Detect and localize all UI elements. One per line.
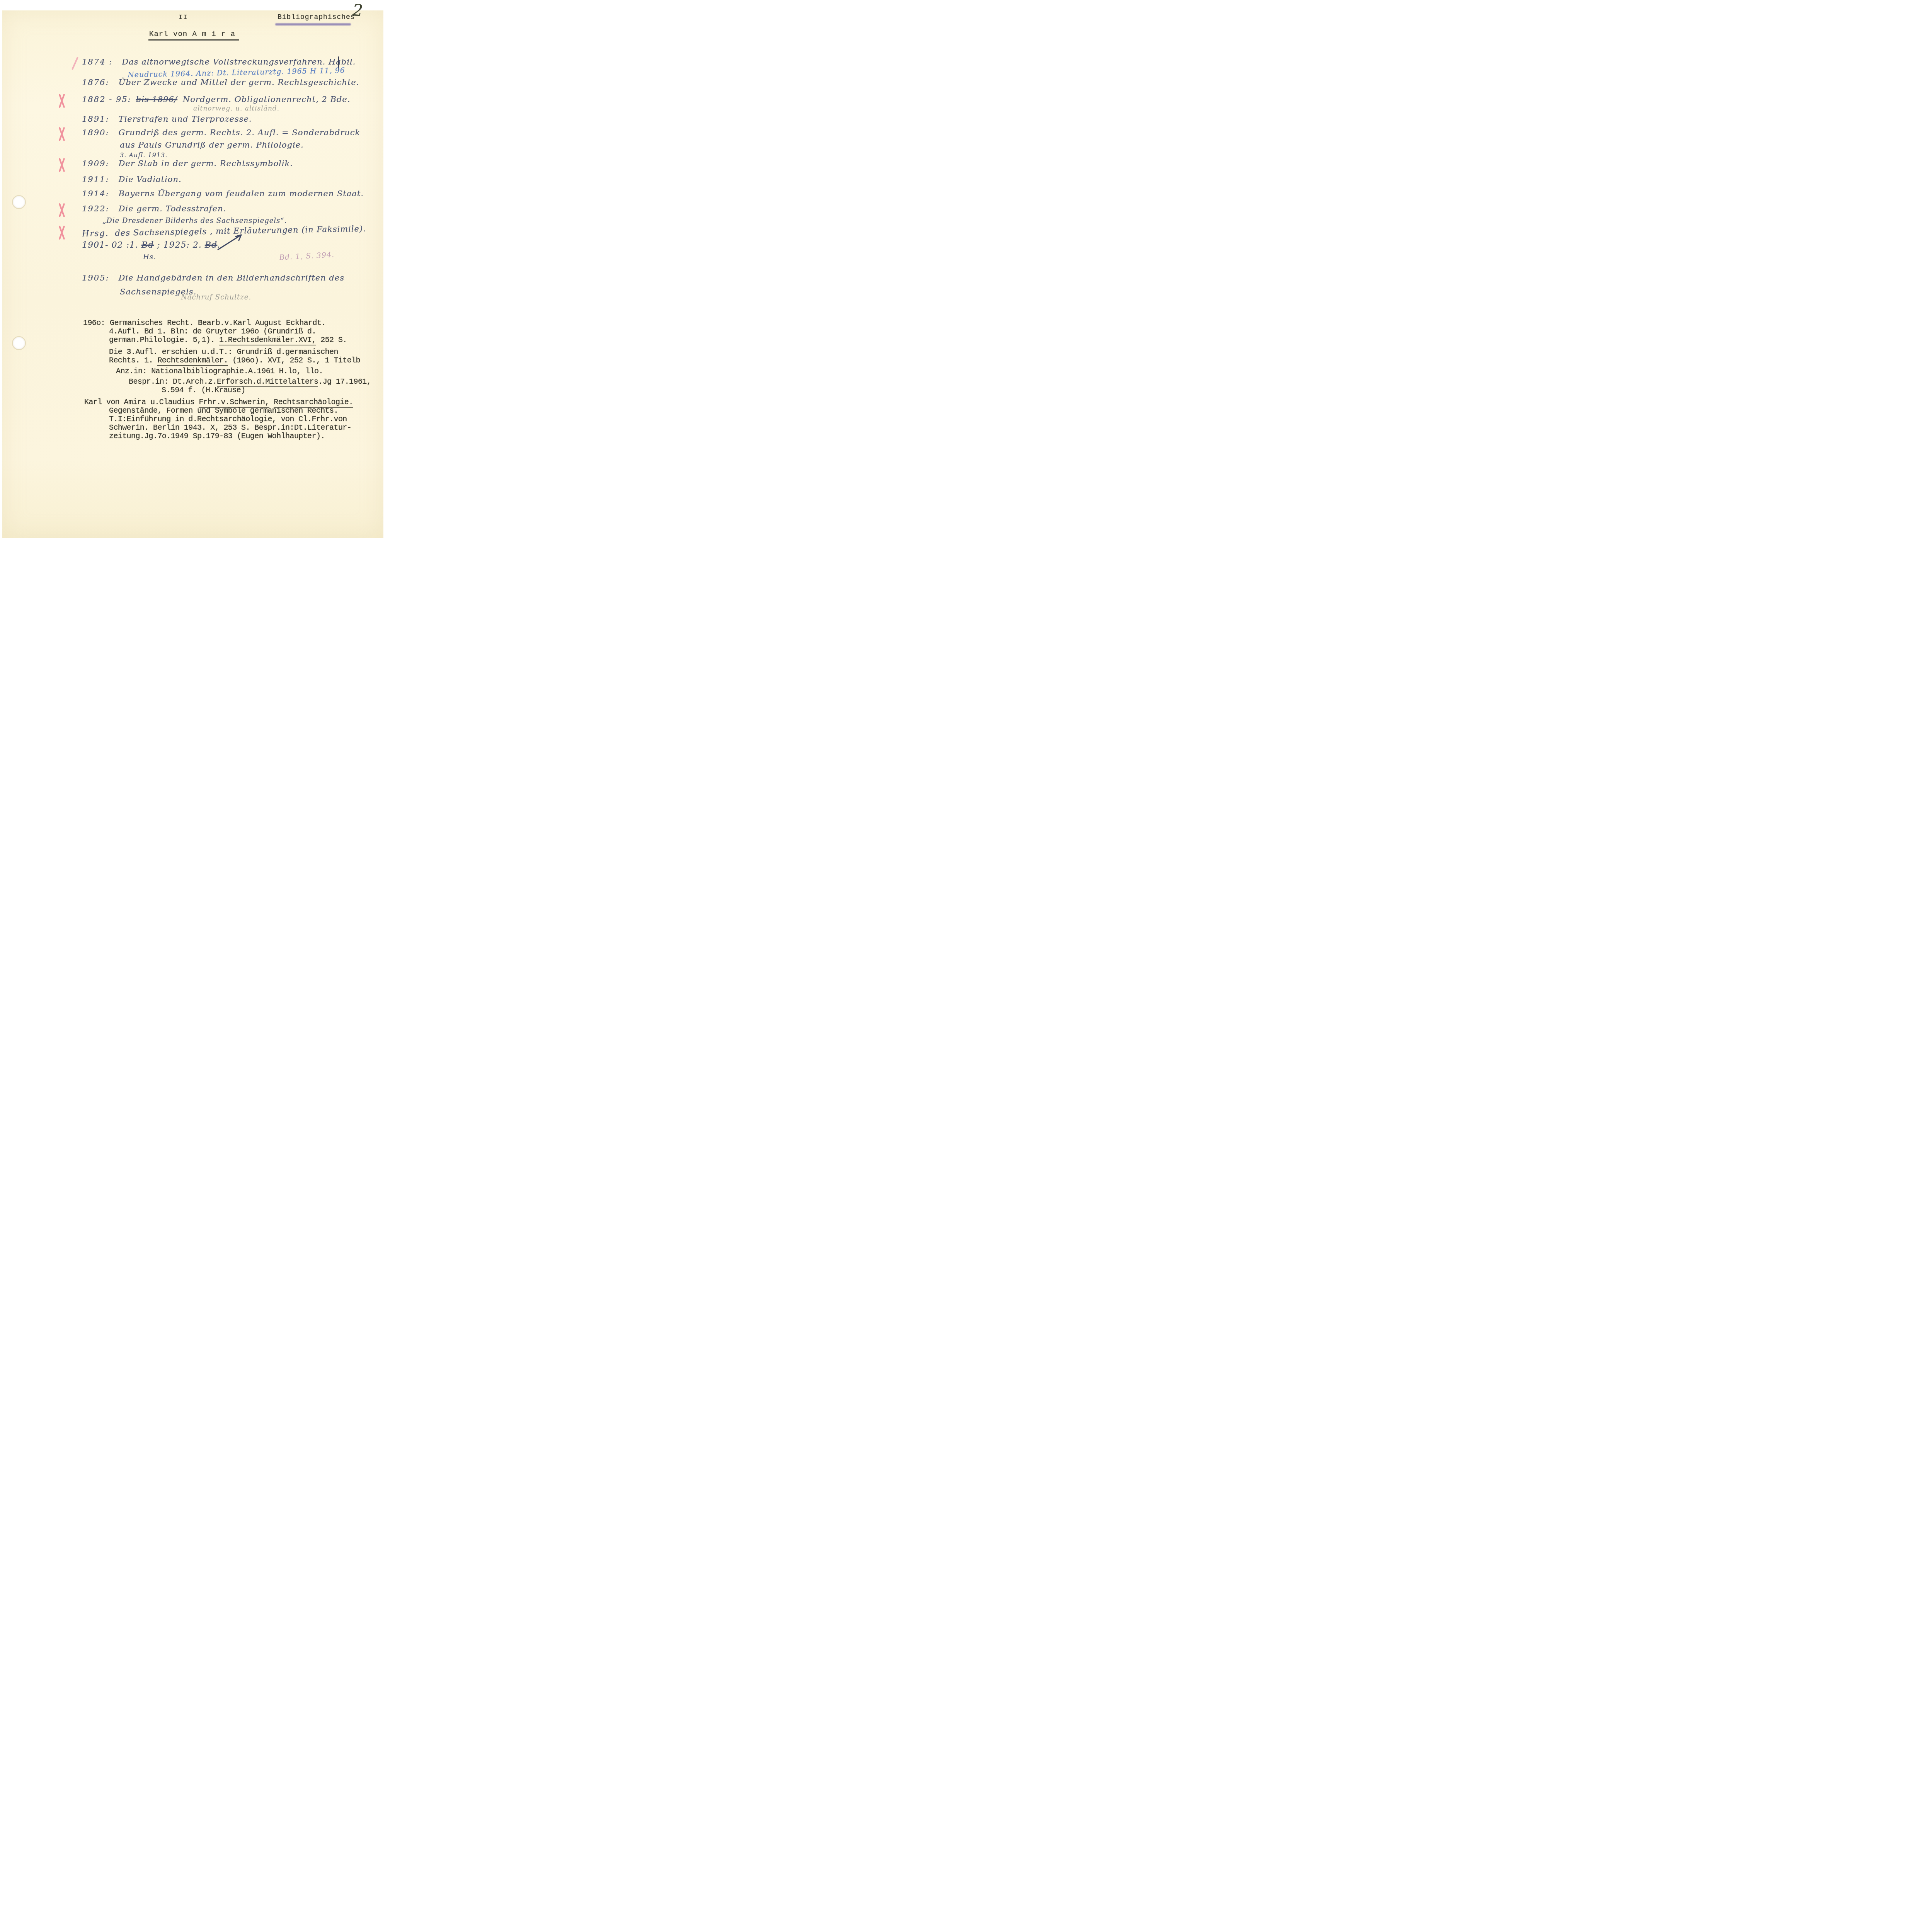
title-underline — [148, 39, 239, 41]
entry-1901-bd2-struck: Bd — [205, 240, 217, 250]
entry-1891: 1891:Tierstrafen und Tierprozesse. — [82, 114, 252, 124]
entry-1891-year: 1891: — [82, 114, 109, 124]
typed-line-12: Schwerin. Berlin 1943. X, 253 S. Bespr.i… — [109, 423, 351, 432]
typed-line-3: german.Philologie. 5,1). 1.Rechtsdenkmäl… — [109, 336, 347, 345]
entry-1901-part-a: 1901- 02 :1. — [82, 240, 141, 250]
pencil-note-nachruf: Nachruf Schultze. — [181, 293, 251, 301]
red-x-mark — [57, 158, 66, 172]
entry-1890: 1890:Grundriß des germ. Rechts. 2. Aufl.… — [82, 128, 360, 137]
entry-1911-year: 1911: — [82, 175, 109, 184]
entry-1882-year: 1882 - 95: — [82, 95, 131, 104]
typed-line-9: Karl von Amira u.Claudius Frhr.v.Schweri… — [84, 398, 353, 407]
entry-1890-line1: Grundriß des germ. Rechts. 2. Aufl. = So… — [119, 128, 361, 137]
punch-hole-top — [13, 196, 25, 208]
typed-line-4: Die 3.Aufl. erschien u.d.T.: Grundriß d.… — [109, 348, 338, 357]
typed-line-7-c: .Jg 17.1961, — [318, 378, 371, 386]
typed-line-3-a: german.Philologie. 5,1). — [109, 336, 219, 345]
entry-1914: 1914:Bayerns Übergang vom feudalen zum m… — [82, 189, 364, 198]
red-x-mark — [57, 226, 66, 239]
typed-1960-text: Germanisches Recht. Bearb.v.Karl August … — [110, 319, 326, 328]
entry-1874: 1874 :Das altnorwegische Vollstreckungsv… — [82, 57, 356, 66]
hs-abbreviation: Hs. — [143, 253, 156, 261]
typed-line-3-c: 252 S. — [316, 336, 347, 345]
entry-1901-bd1-struck: Bd — [141, 240, 154, 250]
entry-1905: 1905:Die Handgebärden in den Bilderhands… — [82, 273, 344, 282]
typed-line-5-c: (196o). XVI, 252 S., 1 Titelb — [228, 356, 360, 365]
typed-line-6: Anz.in: Nationalbibliographie.A.1961 H.l… — [116, 367, 323, 376]
typed-line-5: Rechts. 1. Rechtsdenkmäler. (196o). XVI,… — [109, 356, 360, 365]
red-x-mark — [57, 128, 66, 141]
entry-1882-text: Nordgerm. Obligationenrecht, 2 Bde. — [183, 95, 351, 104]
entry-1905-year: 1905: — [82, 273, 109, 282]
entry-1905-line1: Die Handgebärden in den Bilderhandschrif… — [119, 273, 344, 282]
typed-line-9-a: Karl von Amira u.Claudius — [84, 398, 199, 407]
page-title: Karl von A m i r a — [149, 30, 235, 38]
entry-1876: 1876:Über Zwecke und Mittel der germ. Re… — [82, 78, 359, 87]
typed-line-8: S.594 f. (H.Krause) — [162, 386, 245, 395]
entry-1901-part-b: ; 1925: 2. — [154, 240, 205, 250]
entry-1882: 1882 - 95:bis 1896/Nordgerm. Obligatione… — [82, 95, 350, 104]
entry-1909-year: 1909: — [82, 159, 109, 168]
quote-line: „Die Dresdener Bilderhs des Sachsenspieg… — [102, 217, 287, 225]
handwritten-page-number: 2 — [352, 0, 364, 20]
entry-1911-text: Die Vadiation. — [119, 175, 182, 184]
entry-1874-year: 1874 : — [82, 57, 112, 66]
entry-1874-text: Das altnorwegische Vollstreckungsverfahr… — [122, 57, 356, 66]
entry-1911: 1911:Die Vadiation. — [82, 175, 182, 184]
punch-hole-bottom — [13, 337, 25, 349]
entry-1914-year: 1914: — [82, 189, 109, 198]
purple-underline — [275, 23, 351, 26]
entry-1922-text: Die germ. Todesstrafen. — [119, 204, 226, 213]
entry-1890-line3: 3. Aufl. 1913. — [120, 151, 167, 159]
entry-1876-year: 1876: — [82, 78, 109, 87]
entry-1890-year: 1890: — [82, 128, 109, 137]
red-x-mark — [57, 204, 66, 217]
entry-1876-text: Über Zwecke und Mittel der germ. Rechtsg… — [119, 78, 359, 87]
typed-line-10: Gegenstände, Formen und Symbole germanis… — [109, 406, 338, 415]
entry-1914-text: Bayerns Übergang vom feudalen zum modern… — [119, 189, 364, 198]
pencil-note-altnorweg: altnorweg. u. altisländ. — [193, 105, 279, 112]
typed-line-5-a: Rechts. 1. — [109, 356, 157, 365]
typed-line-2: 4.Aufl. Bd 1. Bln: de Gruyter 196o (Grun… — [109, 327, 316, 336]
ink-arrow — [216, 232, 247, 251]
typed-line-1: 196o:Germanisches Recht. Bearb.v.Karl Au… — [83, 319, 326, 328]
scanned-bibliography-page: II Bibliographisches 2 Karl von A m i r … — [0, 0, 383, 542]
typed-line-3-underlined: 1.Rechtsdenkmäler.XVI, — [219, 336, 316, 345]
entry-1909-text: Der Stab in der germ. Rechtssymbolik. — [119, 159, 293, 168]
typed-line-11: T.I:Einführung in d.Rechtsarchäologie, v… — [109, 415, 347, 424]
red-x-mark — [57, 94, 66, 107]
typed-line-7-a: Bespr.in: Dt.Arch.z. — [129, 378, 217, 386]
typed-1960-year: 196o: — [83, 319, 105, 328]
typed-line-5-underlined: Rechtsdenkmäler. — [157, 356, 228, 366]
entry-1891-text: Tierstrafen und Tierprozesse. — [119, 114, 252, 124]
entry-1922: 1922:Die germ. Todesstrafen. — [82, 204, 226, 213]
typed-line-7: Bespr.in: Dt.Arch.z.Erforsch.d.Mittelalt… — [129, 378, 371, 386]
entry-1882-struck-text: bis 1896/ — [136, 95, 177, 104]
page-roman-numeral: II — [179, 14, 188, 21]
entry-1922-year: 1922: — [82, 204, 109, 213]
section-heading: Bibliographisches — [278, 14, 355, 21]
entry-1890-line2: aus Pauls Grundriß der germ. Philologie. — [120, 140, 304, 150]
typed-line-9-c — [269, 398, 274, 407]
typed-line-13: zeitung.Jg.7o.1949 Sp.179-83 (Eugen Wohl… — [109, 432, 325, 441]
entry-1901: 1901- 02 :1. Bd ; 1925: 2. Bd. — [82, 240, 220, 250]
entry-1909: 1909:Der Stab in der germ. Rechtssymboli… — [82, 159, 293, 168]
entry-hrsg-label: Hrsg. — [82, 228, 109, 238]
